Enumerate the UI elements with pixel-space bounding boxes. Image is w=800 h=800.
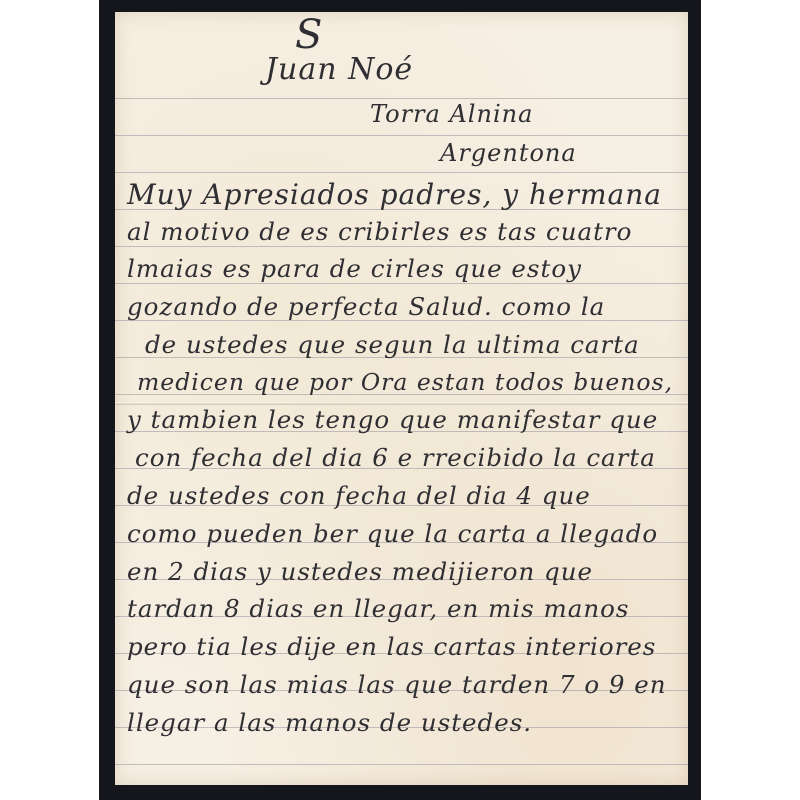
letter-line: que son las mias las que tarden 7 o 9 en bbox=[127, 670, 667, 699]
letter-line: al motivo de es cribirles es tas cuatro bbox=[127, 217, 632, 246]
ruled-line bbox=[115, 246, 688, 247]
ruled-line bbox=[115, 98, 688, 99]
letter-line: llegar a las manos de ustedes. bbox=[127, 708, 532, 737]
ruled-line bbox=[115, 135, 688, 136]
letter-line: de ustedes con fecha del dia 4 que bbox=[127, 481, 591, 510]
letter-line: gozando de perfecta Salud. como la bbox=[127, 292, 605, 321]
ruled-line bbox=[115, 172, 688, 173]
letter-paper: S Juan Noé Torra Alnina Argentona Muy Ap… bbox=[115, 12, 688, 785]
letter-line: tardan 8 dias en llegar, en mis manos bbox=[127, 594, 629, 623]
letter-line: en 2 dias y ustedes medijieron que bbox=[127, 557, 593, 586]
sender-country: Argentona bbox=[440, 139, 577, 167]
letter-line: y tambien les tengo que manifestar que bbox=[127, 405, 658, 434]
ruled-line bbox=[115, 283, 688, 284]
letter-line: como pueden ber que la carta a llegado bbox=[127, 519, 658, 548]
letter-line: pero tia les dije en las cartas interior… bbox=[127, 632, 656, 661]
letter-line: lmaias es para de cirles que estoy bbox=[127, 254, 582, 283]
sender-name: Juan Noé bbox=[265, 52, 413, 87]
letter-line: Muy Apresiados padres, y hermana bbox=[127, 178, 662, 211]
sender-place: Torra Alnina bbox=[370, 100, 533, 128]
ruled-line bbox=[115, 764, 688, 765]
letter-line: con fecha del dia 6 e rrecibido la carta bbox=[135, 443, 656, 472]
letter-line: medicen que por Ora estan todos buenos, bbox=[137, 368, 673, 396]
letter-line: de ustedes que segun la ultima carta bbox=[145, 330, 640, 359]
